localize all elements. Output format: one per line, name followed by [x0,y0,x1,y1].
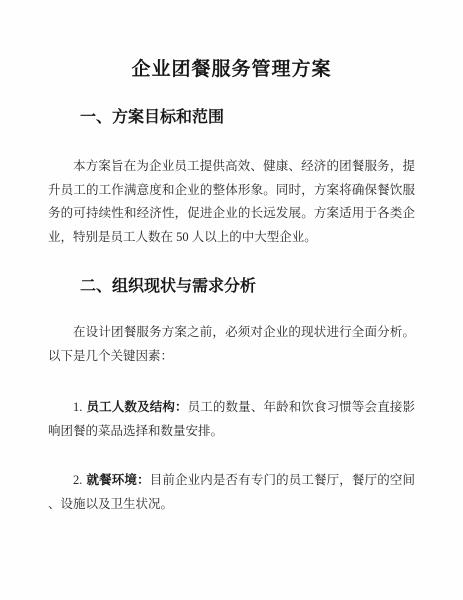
paragraph-line: 本方案旨在为企业员工提供高效、健康、经济的团餐服务，提 [48,155,415,179]
section-1-heading: 一、方案目标和范围 [48,106,415,130]
section-2-paragraph: 在设计团餐服务方案之前，必须对企业的现状进行全面分析。 以下是几个关键因素： [48,321,415,368]
document-page: 企业团餐服务管理方案 一、方案目标和范围 本方案旨在为企业员工提供高效、健康、经… [0,0,463,600]
list-item-text: 员工的数量、年龄和饮食习惯等会直接影 [188,400,415,414]
list-item-text: 目前企业内是否有专门的员工餐厅，餐厅的空间 [150,473,415,487]
paragraph-line: 在设计团餐服务方案之前，必须对企业的现状进行全面分析。 [48,321,415,345]
list-item-label: 员工人数及结构： [86,400,187,414]
list-item-line: 、设施以及卫生状况。 [48,493,415,517]
list-item-line: 响团餐的菜品选择和数量安排。 [48,420,415,444]
paragraph-line: 以下是几个关键因素： [48,345,415,369]
list-item-number: 2. [73,473,82,487]
section-1-paragraph: 本方案旨在为企业员工提供高效、健康、经济的团餐服务，提 升员工的工作满意度和企业… [48,155,415,249]
paragraph-line: 升员工的工作满意度和企业的整体形象。同时，方案将确保餐饮服 [48,179,415,203]
list-item-1: 1.员工人数及结构：员工的数量、年龄和饮食习惯等会直接影 响团餐的菜品选择和数量… [48,396,415,443]
list-item-number: 1. [73,400,82,414]
section-2-heading: 二、组织现状与需求分析 [48,275,415,299]
paragraph-line: 业，特别是员工人数在 50 人以上的中大型企业。 [48,226,415,250]
list-item-label: 就餐环境： [86,473,149,487]
list-item-2: 2.就餐环境：目前企业内是否有专门的员工餐厅，餐厅的空间 、设施以及卫生状况。 [48,469,415,516]
paragraph-line: 务的可持续性和经济性，促进企业的长远发展。方案适用于各类企 [48,202,415,226]
document-title: 企业团餐服务管理方案 [48,58,415,82]
list-item-line: 2.就餐环境：目前企业内是否有专门的员工餐厅，餐厅的空间 [48,469,415,493]
list-item-line: 1.员工人数及结构：员工的数量、年龄和饮食习惯等会直接影 [48,396,415,420]
